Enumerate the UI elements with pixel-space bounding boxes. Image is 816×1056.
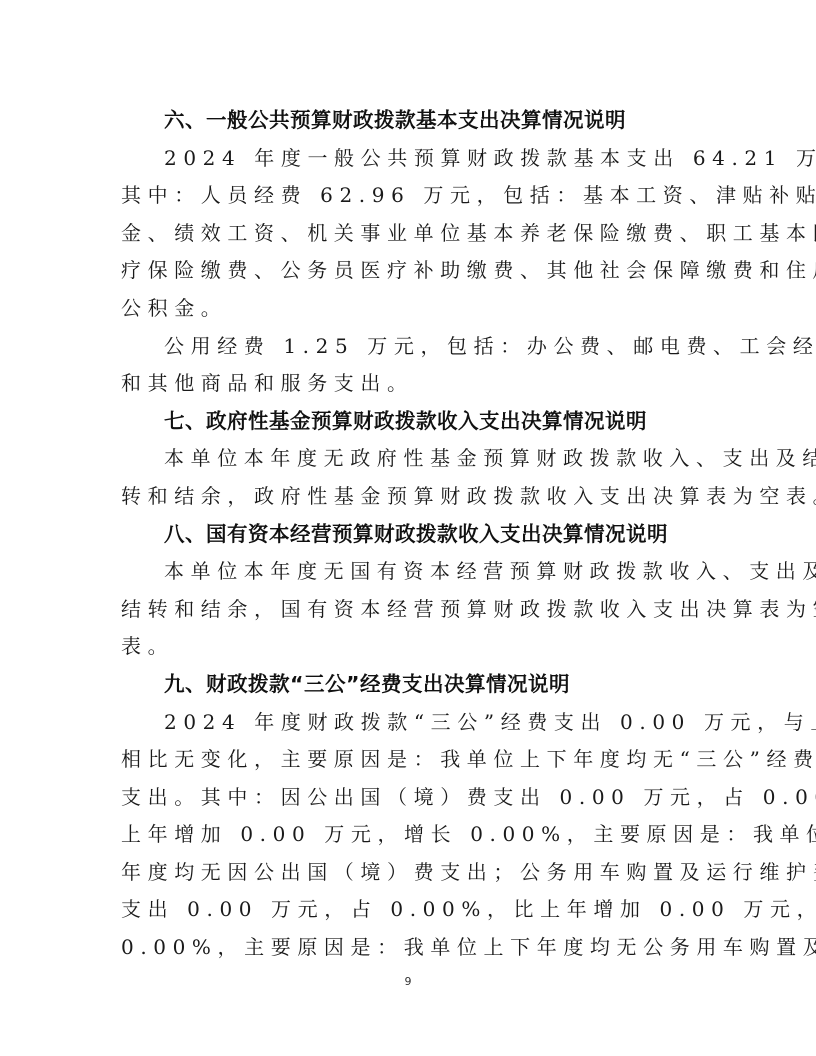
section-heading-9: 九、财政拨款“三公”经费支出决算情况说明 [121, 666, 695, 704]
document-page: 六、一般公共预算财政拨款基本支出决算情况说明 2024 年度一般公共预算财政拨款… [0, 0, 816, 1056]
section-heading-7: 七、政府性基金预算财政拨款收入支出决算情况说明 [121, 403, 695, 441]
paragraph-line: 表。 [121, 628, 695, 666]
paragraph-line: 2024 年度财政拨款“三公”经费支出 0.00 万元，与上年 [121, 704, 695, 742]
paragraph-line: 相比无变化，主要原因是：我单位上下年度均无“三公”经费 [121, 741, 695, 779]
paragraph-line: 和其他商品和服务支出。 [121, 365, 695, 403]
section-heading-6: 六、一般公共预算财政拨款基本支出决算情况说明 [121, 102, 695, 140]
paragraph-line: 本单位本年度无政府性基金预算财政拨款收入、支出及结 [121, 440, 695, 478]
paragraph-line: 结转和结余，国有资本经营预算财政拨款收入支出决算表为空 [121, 591, 695, 629]
paragraph-line: 其中：人员经费 62.96 万元，包括：基本工资、津贴补贴、奖 [121, 177, 695, 215]
page-number: 9 [0, 975, 816, 988]
text-column: 六、一般公共预算财政拨款基本支出决算情况说明 2024 年度一般公共预算财政拨款… [121, 102, 695, 967]
paragraph-line: 上年增加 0.00 万元，增长 0.00%，主要原因是：我单位上下 [121, 816, 695, 854]
paragraph-line: 转和结余，政府性基金预算财政拨款收入支出决算表为空表。 [121, 478, 695, 516]
paragraph-line: 金、绩效工资、机关事业单位基本养老保险缴费、职工基本医 [121, 215, 695, 253]
paragraph-line: 疗保险缴费、公务员医疗补助缴费、其他社会保障缴费和住房 [121, 252, 695, 290]
paragraph-line: 支出 0.00 万元，占 0.00%，比上年增加 0.00 万元，增长 [121, 891, 695, 929]
section-heading-8: 八、国有资本经营预算财政拨款收入支出决算情况说明 [121, 516, 695, 554]
paragraph-line: 0.00%，主要原因是：我单位上下年度均无公务用车购置及运 [121, 929, 695, 967]
paragraph-line: 公用经费 1.25 万元，包括：办公费、邮电费、工会经费 [121, 328, 695, 366]
paragraph-line: 2024 年度一般公共预算财政拨款基本支出 64.21 万元， [121, 140, 695, 178]
paragraph-line: 支出。其中：因公出国（境）费支出 0.00 万元，占 0.00%，比 [121, 779, 695, 817]
paragraph-line: 年度均无因公出国（境）费支出；公务用车购置及运行维护费 [121, 854, 695, 892]
paragraph-line: 公积金。 [121, 290, 695, 328]
paragraph-line: 本单位本年度无国有资本经营预算财政拨款收入、支出及 [121, 553, 695, 591]
